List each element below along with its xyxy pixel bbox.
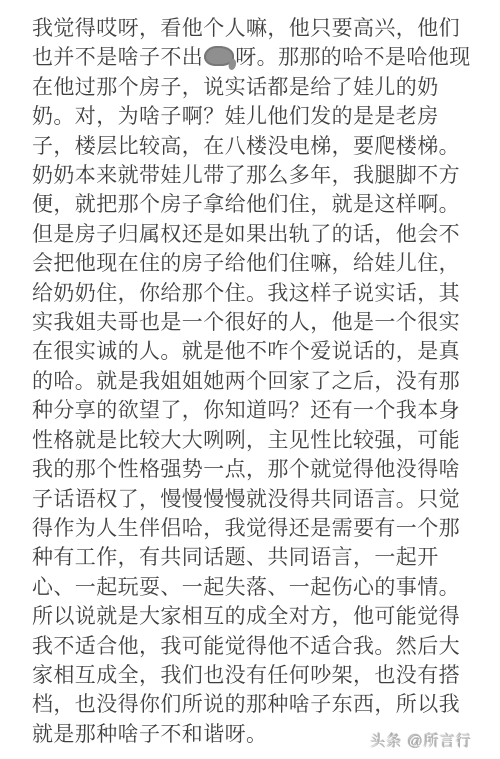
text-line: 也并不是啥子不出呀。那那的哈不是哈他现 — [32, 43, 478, 72]
text-line: 心、一起玩耍、一起失落、一起伤心的事情。 — [32, 573, 478, 602]
redaction-scribble — [204, 46, 234, 66]
text-line: 子，楼层比较高，在八楼没电梯，要爬楼梯。 — [32, 132, 478, 161]
text-line: 性格就是比较大大咧咧，主见性比较强，可能 — [32, 426, 478, 455]
text-line: 种分享的欲望了，你知道吗？还有一个我本身 — [32, 396, 478, 425]
text-line: 得作为人生伴侣哈，我觉得还是需要有一个那 — [32, 514, 478, 543]
text-line: 家相互成全，我们也没有任何吵架，也没有搭 — [32, 661, 478, 690]
text-line: 所以说就是大家相互的成全对方，他可能觉得 — [32, 602, 478, 631]
text-line: 的哈。就是我姐姐她两个回家了之后，没有那 — [32, 367, 478, 396]
text-line: 便，就把那个房子拿给他们住，就是这样啊。 — [32, 190, 478, 219]
text-line: 奶奶本来就带娃儿带了那么多年，我腿脚不方 — [32, 161, 478, 190]
text-line: 奶。对，为啥子啊？娃儿他们发的是是老房 — [32, 102, 478, 131]
text-line: 种有工作，有共同话题、共同语言，一起开 — [32, 543, 478, 572]
text-line: 但是房子归属权还是如果出轨了的话，他会不 — [32, 220, 478, 249]
text-line: 我觉得哎呀，看他个人嘛，他只要高兴，他们 — [32, 14, 478, 43]
text-line: 给奶奶住，你给那个住。我这样子说实话，其 — [32, 279, 478, 308]
text-line: 我的那个性格强势一点，那个就觉得他没得啥 — [32, 455, 478, 484]
text-line: 我不适合他，我可能觉得他不适合我。然后大 — [32, 632, 478, 661]
text-line: 在很实诚的人。就是他不咋个爱说话的，是真 — [32, 337, 478, 366]
watermark: 头条 @所言行 — [371, 730, 472, 751]
text-line: 在他过那个房子，说实话都是给了娃儿的奶 — [32, 73, 478, 102]
text-line: 会把他现在住的房子给他们住嘛，给娃儿住， — [32, 249, 478, 278]
comment-text-block: 我觉得哎呀，看他个人嘛，他只要高兴，他们也并不是啥子不出呀。那那的哈不是哈他现在… — [32, 14, 478, 749]
text-line: 实我姐夫哥也是一个很好的人，他是一个很实 — [32, 308, 478, 337]
text-line: 档，也没得你们所说的那种啥子东西，所以我 — [32, 690, 478, 719]
text-line: 子话语权了，慢慢慢慢就没得共同语言。只觉 — [32, 485, 478, 514]
